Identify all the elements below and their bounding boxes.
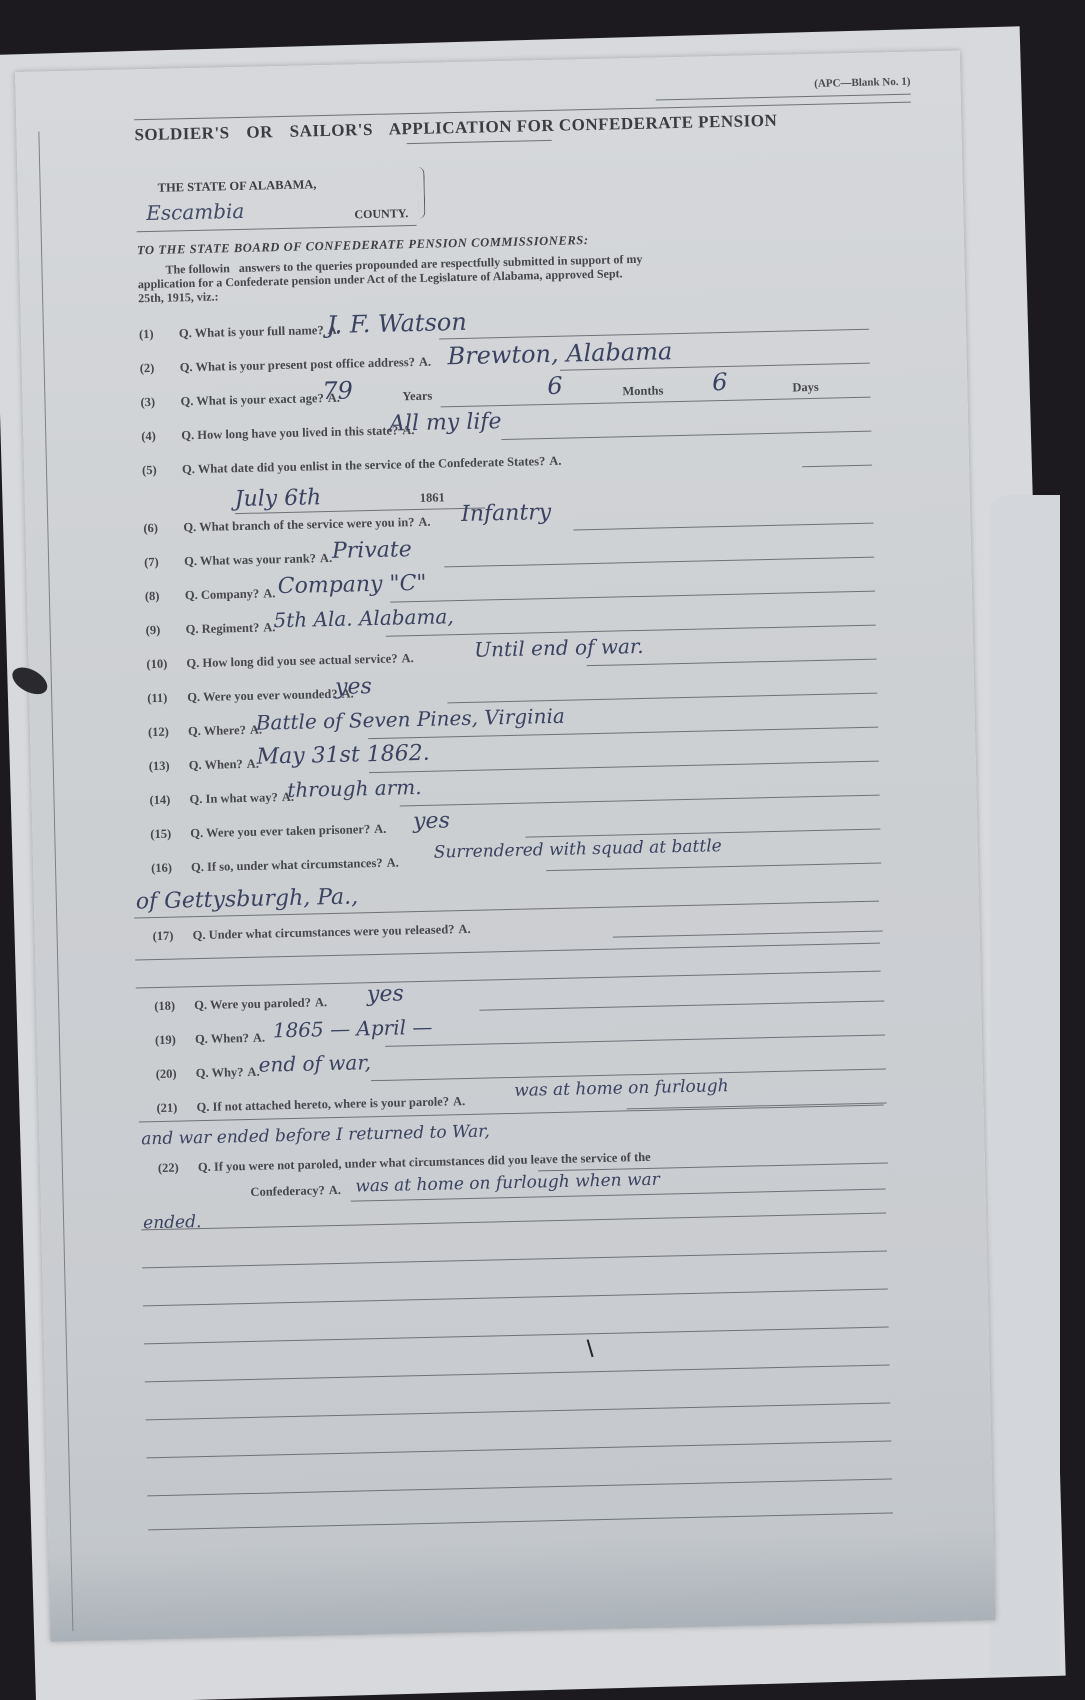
county-field[interactable]: Escambia COUNTY.: [136, 199, 417, 232]
question-text: Q. Why?: [196, 1065, 244, 1080]
question-text: Q. What is your present post office addr…: [180, 355, 415, 374]
question-number: (17): [152, 928, 192, 944]
answer-line[interactable]: [400, 795, 880, 807]
answer-prefix: A.: [549, 454, 561, 468]
handwritten-answer[interactable]: 1865 — April —: [273, 1015, 433, 1043]
question-text: Q. What branch of the service were you i…: [183, 515, 414, 534]
question-number: (12): [148, 724, 188, 740]
handwritten-answer[interactable]: yes: [413, 808, 450, 834]
question-number: (19): [155, 1032, 195, 1048]
pen-mark: [587, 1339, 594, 1357]
handwritten-answer[interactable]: J. F. Watson: [327, 308, 468, 339]
question-text: Q. When?: [195, 1031, 249, 1046]
answer-line[interactable]: [574, 523, 874, 531]
answer-prefix: A.: [401, 651, 413, 665]
question-text: Q. Company?: [185, 587, 260, 603]
handwritten-answer-continued[interactable]: of Gettysburgh, Pa.,: [136, 884, 359, 914]
question-number: (11): [147, 690, 187, 706]
header-rule: [656, 94, 911, 101]
question-number: (3): [140, 394, 180, 410]
answer-line[interactable]: [501, 431, 871, 440]
question-number: (14): [149, 792, 189, 808]
title-under-rule: [407, 140, 552, 144]
age-days-value[interactable]: 6: [712, 368, 728, 396]
question-text: Q. In what way?: [189, 790, 278, 806]
blank-ruled-line[interactable]: [142, 1251, 887, 1269]
question-text: Confederacy?: [250, 1183, 325, 1199]
handwritten-answer[interactable]: through arm.: [287, 775, 422, 802]
answer-prefix: A.: [386, 855, 398, 869]
blank-ruled-line[interactable]: [141, 1213, 886, 1231]
brace-icon: [417, 167, 425, 219]
handwritten-answer[interactable]: Brewton, Alabama: [447, 337, 672, 370]
blank-ruled-line[interactable]: [146, 1440, 891, 1458]
handwritten-answer[interactable]: Company "C": [277, 571, 426, 599]
question-text: Q. How long have you lived in this state…: [181, 423, 398, 442]
question-text: Q. When?: [189, 757, 243, 772]
form-code: (APC—Blank No. 1): [814, 76, 911, 90]
question-number: (18): [154, 998, 194, 1014]
county-label: COUNTY.: [354, 206, 408, 222]
question-text: Q. If not attached hereto, where is your…: [196, 1094, 449, 1114]
handwritten-answer[interactable]: All my life: [389, 409, 502, 437]
answer-prefix: A.: [374, 822, 386, 836]
blank-ruled-line[interactable]: [146, 1402, 891, 1420]
age-years-label: Years: [402, 389, 432, 405]
question-row: (18)Q. Were you paroled?A.: [154, 983, 874, 1021]
question-text: Q. Were you ever wounded?: [187, 687, 338, 704]
answer-line[interactable]: [587, 659, 877, 667]
answer-prefix: A.: [418, 515, 430, 529]
question-row: (7)Q. What was your rank?A.: [144, 539, 864, 577]
handwritten-answer-continued[interactable]: and war ended before I returned to War,: [141, 1122, 490, 1150]
answer-prefix: A.: [419, 355, 431, 369]
county-value: Escambia: [146, 199, 245, 225]
question-number: (13): [149, 758, 189, 774]
question-text: Q. How long did you see actual service?: [186, 651, 397, 670]
title-word: SAILOR'S: [289, 120, 373, 141]
answer-line[interactable]: [802, 465, 872, 468]
intro-paragraph: The followin answers to the queries prop…: [137, 247, 848, 305]
question-number: (16): [151, 860, 191, 876]
question-text: Q. Where?: [188, 723, 246, 738]
handwritten-answer[interactable]: Until end of war.: [474, 634, 644, 662]
handwritten-answer[interactable]: yes: [335, 674, 372, 700]
answer-prefix: A.: [253, 1031, 265, 1045]
answer-line[interactable]: [479, 1001, 884, 1011]
question-row: (19)Q. When?A.: [155, 1017, 875, 1055]
question-number: (1): [139, 326, 179, 342]
question-number: (22): [158, 1160, 198, 1176]
handwritten-answer[interactable]: July 6th: [234, 485, 321, 512]
answer-prefix: A.: [329, 1183, 341, 1197]
question-text: Q. Regiment?: [186, 621, 260, 637]
answer-prefix: A.: [458, 922, 470, 936]
enlist-year: 1861: [420, 490, 445, 506]
age-years-value[interactable]: 79: [322, 376, 353, 405]
question-row: (5)Q. What date did you enlist in the se…: [142, 447, 862, 485]
answer-line[interactable]: [447, 693, 877, 704]
handwritten-answer[interactable]: Private: [332, 537, 412, 564]
answer-prefix: A.: [453, 1094, 465, 1108]
question-row: (8)Q. Company?A.: [145, 573, 865, 611]
blank-ruled-line[interactable]: [145, 1364, 890, 1382]
blank-ruled-line[interactable]: [147, 1478, 892, 1496]
answer-prefix: A.: [315, 995, 327, 1009]
question-text: Q. What date did you enlist in the servi…: [182, 454, 546, 476]
answer-prefix: A.: [263, 586, 275, 600]
answer-prefix: A.: [320, 551, 332, 565]
title-word: APPLICATION FOR CONFEDERATE PENSION: [389, 111, 778, 139]
blank-ruled-line[interactable]: [144, 1327, 889, 1345]
handwritten-answer[interactable]: end of war,: [258, 1050, 371, 1077]
question-number: (15): [150, 826, 190, 842]
question-number: (4): [141, 428, 181, 444]
question-number: (21): [156, 1100, 196, 1116]
title-word: OR: [246, 122, 273, 142]
question-number: (20): [156, 1066, 196, 1082]
blank-ruled-line[interactable]: [148, 1512, 893, 1530]
question-text: Q. If so, under what circumstances?: [191, 856, 383, 874]
question-text-continued: Confederacy?A.: [250, 1183, 341, 1200]
question-number: (6): [143, 520, 183, 536]
question-number: (9): [146, 622, 186, 638]
handwritten-answer[interactable]: May 31st 1862.: [256, 741, 430, 770]
answer-line[interactable]: [613, 931, 883, 938]
pension-application-form: (APC—Blank No. 1) SOLDIER'S OR SAILOR'S …: [15, 51, 995, 1642]
question-text: Q. What is your full name?: [179, 323, 324, 340]
answer-line[interactable]: [369, 761, 879, 774]
age-months-label: Months: [622, 383, 663, 399]
back-sheet-tab: [990, 495, 1060, 1675]
handwritten-answer[interactable]: yes: [367, 981, 404, 1007]
question-number: (8): [145, 588, 185, 604]
answer-line[interactable]: [385, 1035, 885, 1047]
question-text: Q. What was your rank?: [184, 551, 316, 568]
answer-line[interactable]: [546, 863, 881, 872]
form-title: SOLDIER'S OR SAILOR'S APPLICATION FOR CO…: [134, 111, 777, 146]
question-number: (2): [140, 360, 180, 376]
handwritten-answer[interactable]: 5th Ala. Alabama,: [273, 604, 454, 632]
age-months-value[interactable]: 6: [547, 372, 563, 400]
question-number: (7): [144, 554, 184, 570]
answer-line[interactable]: [444, 557, 874, 568]
question-row: (14)Q. In what way?A.: [149, 777, 869, 815]
question-text: Q. What is your exact age?: [180, 391, 324, 408]
state-line: THE STATE OF ALABAMA,: [158, 177, 317, 196]
title-word: SOLDIER'S: [134, 123, 230, 144]
question-number: (10): [146, 656, 186, 672]
question-text: Q. Were you paroled?: [194, 996, 311, 1013]
answer-line[interactable]: [390, 591, 875, 603]
age-days-label: Days: [792, 380, 819, 396]
question-text: Q. Were you ever taken prisoner?: [190, 822, 370, 840]
handwritten-answer[interactable]: Infantry: [461, 500, 552, 527]
question-text: Q. Under what circumstances were you rel…: [192, 922, 454, 942]
blank-ruled-line[interactable]: [143, 1289, 888, 1307]
question-number: (5): [142, 462, 182, 478]
